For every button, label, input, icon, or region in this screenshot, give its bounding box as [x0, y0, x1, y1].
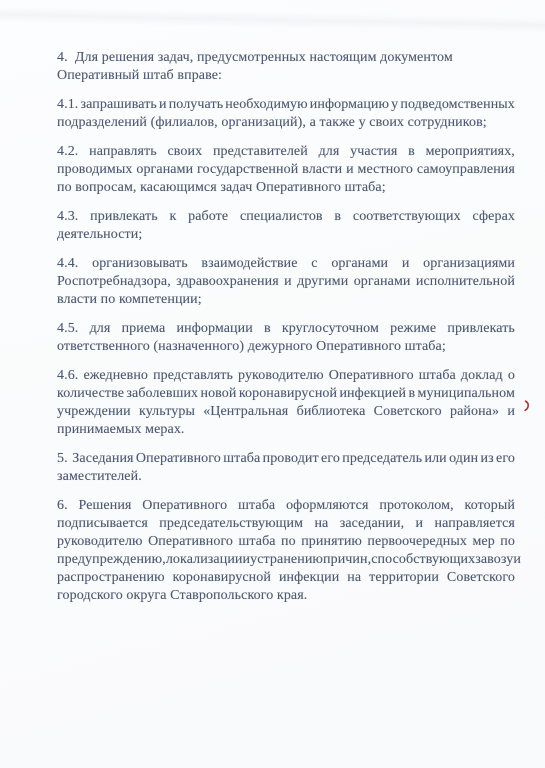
word: мер — [472, 533, 494, 551]
word: распространению — [57, 569, 165, 587]
word: местного — [358, 161, 413, 179]
word: о — [508, 367, 515, 385]
word: 5. — [57, 450, 68, 468]
word: заседании, — [340, 515, 404, 533]
word: и — [346, 161, 354, 179]
word: подписывается — [57, 515, 148, 533]
word: и — [402, 255, 410, 273]
word: приема — [122, 320, 166, 338]
paragraph-item-4-5: 4.5.дляприемаинформациивкруглосуточномре… — [57, 320, 515, 356]
word: органами — [354, 273, 411, 291]
text-line: 5.ЗаседанияОперативногоштабапроводитегоп… — [57, 450, 515, 468]
word: запрашивать — [81, 96, 157, 114]
word: Советского — [374, 403, 442, 421]
word: протоколом, — [379, 497, 453, 515]
word: Заседания — [72, 450, 133, 468]
text-line: Оперативный штаб вправе: — [57, 67, 515, 85]
word: штаба — [238, 497, 275, 515]
word: доклад — [461, 367, 503, 385]
word: и — [507, 403, 515, 421]
paragraph-item-6: 6.РешенияОперативногоштабаоформляютсяпро… — [57, 497, 515, 605]
word: устранению — [250, 551, 323, 569]
word: здравоохранения — [176, 273, 279, 291]
word: привлекать — [90, 208, 158, 226]
word: руководителю — [57, 533, 143, 551]
word: получать — [169, 96, 224, 114]
word: председатель — [342, 450, 422, 468]
word: в — [408, 385, 415, 403]
word: заболевших — [126, 385, 198, 403]
scan-crease — [0, 6, 545, 33]
text-line: подразделений (филиалов, организаций), а… — [57, 114, 515, 132]
word: оформляются — [286, 497, 368, 515]
word: культуры — [139, 403, 195, 421]
word: по — [281, 533, 296, 551]
word: проводимых — [57, 161, 132, 179]
word: в — [334, 208, 341, 226]
word: на — [314, 515, 328, 533]
scanned-page: 4. Для решения задач, предусмотренных на… — [0, 0, 545, 768]
word: председательствующим — [159, 515, 303, 533]
word: 4.2. — [57, 143, 78, 161]
word: 4.3. — [57, 208, 78, 226]
text-line: предупреждению,локализациииустранениюпри… — [57, 551, 515, 569]
word: информацию — [310, 96, 389, 114]
word: режиме — [390, 320, 436, 338]
word: предупреждению, — [57, 551, 166, 569]
word: причин, — [323, 551, 371, 569]
word: соответствующих — [353, 208, 461, 226]
word: ежедневно — [83, 367, 148, 385]
word: с — [311, 255, 317, 273]
word: для — [90, 320, 111, 338]
word: специалистов — [240, 208, 323, 226]
text-line: принимаемых мерах. — [57, 421, 515, 439]
word: завозу — [475, 551, 513, 569]
paragraph-item-4: 4. Для решения задач, предусмотренных на… — [57, 49, 515, 85]
word: района» — [450, 403, 499, 421]
paragraph-item-4-4: 4.4.организовыватьвзаимодействиесорганам… — [57, 255, 515, 309]
word: инфекции — [279, 569, 339, 587]
text-line: деятельности; — [57, 226, 515, 244]
word: его — [496, 450, 515, 468]
document-text: 4. Для решения задач, предусмотренных на… — [57, 49, 515, 616]
word: сферах — [473, 208, 515, 226]
word: муниципальном — [418, 385, 515, 403]
word: Роспотребнадзора, — [57, 273, 171, 291]
text-line: Роспотребнадзора,здравоохраненияидругими… — [57, 273, 515, 291]
text-line: ответственного (назначенного) дежурного … — [57, 338, 515, 356]
word: своих — [167, 143, 202, 161]
text-line: власти по компетенции; — [57, 291, 515, 309]
word: который — [465, 497, 515, 515]
word: привлекать — [447, 320, 515, 338]
word: участия — [350, 143, 397, 161]
word: направляется — [435, 515, 515, 533]
word: штаба — [419, 367, 456, 385]
word: организациями — [423, 255, 515, 273]
word: органами — [331, 255, 388, 273]
word: организовывать — [92, 255, 188, 273]
word: способствующих — [371, 551, 475, 569]
word: первоочередных — [367, 533, 467, 551]
word: самоуправления — [417, 161, 515, 179]
text-line: 4.1.запрашиватьиполучатьнеобходимуюинфор… — [57, 96, 515, 114]
word: библиотека — [297, 403, 366, 421]
word: учреждении — [57, 403, 131, 421]
word: работе — [188, 208, 228, 226]
word: один — [449, 450, 478, 468]
word: на — [347, 569, 361, 587]
word: проводит — [263, 450, 319, 468]
paragraph-item-4-6: 4.6.ежедневнопредставлятьруководителюОпе… — [57, 367, 515, 439]
word: по — [500, 533, 515, 551]
paragraph-item-4-2: 4.2.направлятьсвоихпредставителейдляучас… — [57, 143, 515, 197]
word: 4.5. — [57, 320, 78, 338]
word: территории — [369, 569, 439, 587]
word: в — [264, 320, 271, 338]
word: органами — [136, 161, 193, 179]
text-line: проводимыхорганамигосударственнойвластии… — [57, 161, 515, 179]
word: направлять — [89, 143, 157, 161]
word: и — [243, 551, 251, 569]
word: Оперативного — [142, 497, 227, 515]
text-line: учреждениикультуры«Центральнаябиблиотека… — [57, 403, 515, 421]
word: 4.4. — [57, 255, 78, 273]
word: представлять — [153, 367, 233, 385]
word: коронавирусной — [239, 385, 337, 403]
word: штаба — [238, 533, 275, 551]
word: у — [391, 96, 398, 114]
word: или — [425, 450, 447, 468]
word: руководителю — [238, 367, 324, 385]
word: и — [416, 515, 424, 533]
text-line: по вопросам, касающимся задач Оперативно… — [57, 179, 515, 197]
word: для — [319, 143, 340, 161]
text-line: количествезаболевшихновойкоронавируснойи… — [57, 385, 515, 403]
text-line: подписываетсяпредседательствующимназасед… — [57, 515, 515, 533]
word: мероприятиях, — [426, 143, 515, 161]
word: круглосуточном — [282, 320, 379, 338]
word: власти — [302, 161, 342, 179]
word: взаимодействие — [201, 255, 297, 273]
word: Решения — [79, 497, 132, 515]
text-line: руководителюОперативногоштабапопринятиюп… — [57, 533, 515, 551]
word: другими — [297, 273, 348, 291]
text-line: 6.РешенияОперативногоштабаоформляютсяпро… — [57, 497, 515, 515]
red-pen-mark-icon — [523, 400, 532, 413]
word: 4.6. — [57, 367, 78, 385]
word: в — [408, 143, 415, 161]
word: 6. — [57, 497, 68, 515]
word: штаба — [223, 450, 260, 468]
word: Советского — [447, 569, 515, 587]
paragraph-item-4-3: 4.3.привлекатькработеспециалистоввсоотве… — [57, 208, 515, 244]
word: к — [169, 208, 176, 226]
text-line: заместителей. — [57, 468, 515, 486]
word: подведомственных — [400, 96, 515, 114]
word: локализации — [166, 551, 243, 569]
word: новой — [200, 385, 236, 403]
word: и — [159, 96, 167, 114]
text-line: 4.4.организовыватьвзаимодействиесорганам… — [57, 255, 515, 273]
word: Оперативного — [136, 450, 221, 468]
word: «Центральная — [203, 403, 288, 421]
word: государственной — [197, 161, 298, 179]
word: Оперативного — [329, 367, 414, 385]
text-line: городского округа Ставропольского края. — [57, 587, 515, 605]
text-line: распространениюкоронавируснойинфекциинат… — [57, 569, 515, 587]
text-line: 4.3.привлекатькработеспециалистоввсоотве… — [57, 208, 515, 226]
word: и — [513, 551, 521, 569]
word: количестве — [57, 385, 124, 403]
word: представителей — [213, 143, 308, 161]
word: информации — [177, 320, 253, 338]
paragraph-item-4-1: 4.1.запрашиватьиполучатьнеобходимуюинфор… — [57, 96, 515, 132]
word: инфекцией — [339, 385, 406, 403]
word: его — [321, 450, 340, 468]
word: Оперативного — [148, 533, 233, 551]
word: 4.1. — [57, 96, 78, 114]
text-line: 4.2.направлятьсвоихпредставителейдляучас… — [57, 143, 515, 161]
word: и — [284, 273, 292, 291]
word: принятию — [301, 533, 362, 551]
text-line: 4. Для решения задач, предусмотренных на… — [57, 49, 515, 67]
word: из — [480, 450, 493, 468]
word: необходимую — [225, 96, 307, 114]
text-line: 4.6.ежедневнопредставлятьруководителюОпе… — [57, 367, 515, 385]
text-line: 4.5.дляприемаинформациивкруглосуточномре… — [57, 320, 515, 338]
word: коронавирусной — [173, 569, 271, 587]
paragraph-item-5: 5.ЗаседанияОперативногоштабапроводитегоп… — [57, 450, 515, 486]
word: исполнительной — [416, 273, 515, 291]
